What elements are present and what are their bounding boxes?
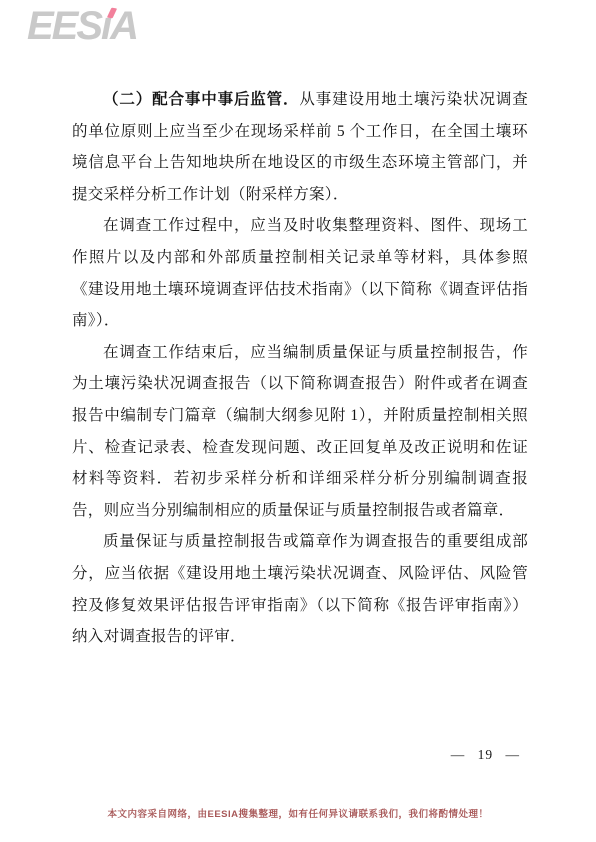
- paragraph-3: 在调查工作结束后，应当编制质量保证与质量控制报告，作为土壤污染状况调查报告（以下…: [72, 337, 528, 527]
- paragraph-1: （二）配合事中事后监管．从事建设用地土壤污染状况调查的单位原则上应当至少在现场采…: [72, 84, 528, 210]
- paragraph-2-text: 在调查工作过程中，应当及时收集整理资料、图件、现场工作照片以及内部和外部质量控制…: [72, 217, 528, 329]
- document-body: （二）配合事中事后监管．从事建设用地土壤污染状况调查的单位原则上应当至少在现场采…: [72, 84, 528, 653]
- footer-disclaimer: 本文内容采自网络，由EESIA搜集整理，如有任何异议请联系我们，我们将酌情处理！: [0, 806, 596, 820]
- logo-letter-i: ı: [101, 2, 110, 50]
- paragraph-4: 质量保证与质量控制报告或篇章作为调查报告的重要组成部分，应当依据《建设用地土壤污…: [72, 526, 528, 652]
- paragraph-3-text: 在调查工作结束后，应当编制质量保证与质量控制报告，作为土壤污染状况调查报告（以下…: [72, 344, 528, 519]
- page-number: — 19 —: [451, 747, 520, 763]
- paragraph-2: 在调查工作过程中，应当及时收集整理资料、图件、现场工作照片以及内部和外部质量控制…: [72, 210, 528, 336]
- document-page: EESıA （二）配合事中事后监管．从事建设用地土壤污染状况调查的单位原则上应当…: [0, 0, 596, 842]
- section-heading: （二）配合事中事后监管．: [103, 91, 299, 108]
- eesia-logo: EESıA: [27, 2, 137, 50]
- paragraph-4-text: 质量保证与质量控制报告或篇章作为调查报告的重要组成部分，应当依据《建设用地土壤污…: [72, 533, 528, 645]
- logo-text-prefix: EES: [27, 4, 101, 48]
